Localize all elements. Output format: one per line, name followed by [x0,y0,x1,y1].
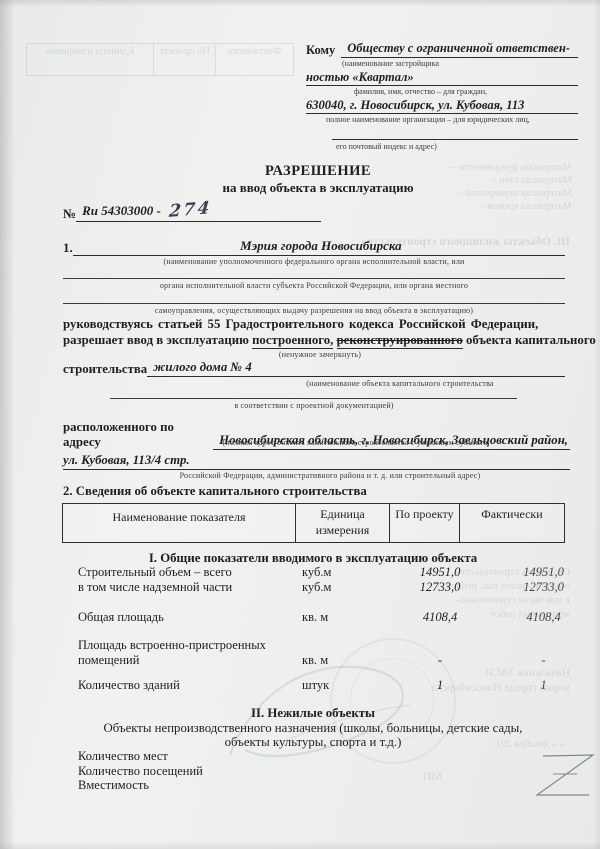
addressee-block: Кому Обществу с ограниченной ответствен-… [306,41,578,151]
row-project-value: - [388,653,492,668]
table-row: Общая площадь кв. м 4108,4 4108,4 [62,610,595,625]
scan-bottom-shadow [0,841,600,849]
row-label: Площадь встроенно-пристроенных помещений [62,638,302,668]
blank-rule-2 [63,303,565,304]
row-unit: кв. м [302,610,388,625]
table-row: Площадь встроенно-пристроенных помещений… [62,638,595,668]
z-crossout-mark [530,748,598,803]
row-unit: куб.м [302,580,388,595]
authority-line: 1. Мэрия города Новосибирска [63,238,565,256]
scan-top-shadow [0,0,600,7]
developer-name-line1: Обществу с ограниченной ответствен- [341,41,578,58]
clause-built: построенного, [252,333,333,349]
blank-rule-3 [110,398,517,399]
caption-authority-2: органа исполнительной власти субъекта Ро… [63,281,565,290]
part-1-heading: I. Общие показатели вводимого в эксплуат… [30,551,596,566]
caption-org: полное наименование организации – для юр… [326,115,578,124]
caption-address-1: (полный адрес объекта капитального строи… [185,438,525,447]
caption-developer: (наименование застройщика [342,59,578,68]
indicators-table-header: Наименование показателя Единица измерени… [62,503,565,543]
part2-item: Количество посещений [78,764,203,779]
caption-project-docs: в соответствии с проектной документацией… [63,401,565,410]
row-label: в том числе надземной части [62,580,302,595]
caption-object-name: (наименование объекта капитального строи… [250,379,550,388]
table-row: Строительный объем – всего куб.м 14951,0… [62,565,595,580]
caption-authority-3: самоуправления, осуществляющих выдачу ра… [63,306,565,315]
bleedthrough-line: Материалы кровли – [330,200,572,213]
number-sign: № [63,206,76,222]
row-project-value: 1 [388,678,492,693]
col-by-project: По проекту [390,504,460,542]
developer-name-line2: ностью «Квартал» [306,70,414,85]
row-actual-value: - [492,653,595,668]
part2-item: Количество мест [78,749,203,764]
permit-number-line: № Ru 54303000 -274 [63,200,321,222]
clause-end: объекта капитального [466,333,596,347]
clause-reconstructed-struck: реконструированного [337,333,463,349]
caption-address-2: Российской Федерации, административного … [120,471,540,480]
permit-clause-line2: разрешает ввод в эксплуатацию построенно… [63,333,567,348]
bleedthrough-line: в том числе строительно- [305,594,570,608]
blank-rule-1 [63,278,565,279]
addressee-line-3: 630040, г. Новосибирск, ул. Кубовая, 113 [306,98,578,114]
bleedthrough-cell: Фактически [215,44,293,75]
caption-authority-1: (наименование уполномоченного федерально… [63,257,565,266]
clause-start: разрешает ввод в эксплуатацию [63,333,249,347]
object-name: жилого дома № 4 [147,360,565,377]
row-label: Строительный объем – всего [62,565,302,580]
bleedthrough-cell: По проекту [153,44,215,75]
row-project-value: 14951,0 [388,565,492,580]
permit-number-printed: Ru 54303000 - [82,203,161,218]
row-unit: куб.м [302,565,388,580]
col-unit: Единица измерения [296,504,390,542]
table-row: Количество зданий штук 1 1 [62,678,595,693]
col-indicator-name: Наименование показателя [63,504,296,542]
part-2-items: Количество мест Количество посещений Вме… [78,749,203,793]
document-subtitle: на ввод объекта в эксплуатацию [80,180,556,196]
addressee-line-1: Кому Обществу с ограниченной ответствен- [306,41,578,58]
developer-address: 630040, г. Новосибирск, ул. Кубовая, 113 [306,98,524,113]
scanned-permit-document: Фактически По проекту Единица измерения … [0,0,600,849]
permit-number-handwritten: 274 [168,198,213,222]
row-actual-value: 14951,0 [492,565,595,580]
row-unit: штук [302,678,388,693]
row-label: Общая площадь [62,610,302,625]
item-1-index: 1. [63,240,73,256]
row-project-value: 4108,4 [388,610,492,625]
row-actual-value: 1 [492,678,595,693]
bleedthrough-cell: Единица измерения [27,44,153,75]
object-label: строительства [63,362,147,377]
permit-clause-line1: руководствуясь статьей 55 Градостроитель… [63,317,567,332]
table-row: в том числе надземной части куб.м 12733,… [62,580,595,595]
authority-name: Мэрия города Новосибирска [73,238,565,256]
caption-strike-unneeded: (ненужное зачеркнуть) [180,350,460,359]
row-project-value: 12733,0 [388,580,492,595]
addressee-line-2: ностью «Квартал» [306,70,578,86]
permit-number: Ru 54303000 -274 [76,200,321,222]
row-actual-value: 4108,4 [492,610,595,625]
col-actual: Фактически [460,504,564,542]
row-actual-value: 12733,0 [492,580,595,595]
caption-postal: его почтовый индекс и адрес) [336,142,578,151]
row-label: Количество зданий [62,678,302,693]
blank-address-line [332,126,578,140]
part-2-heading: II. Нежилые объекты [30,706,596,721]
to-label: Кому [306,43,335,58]
caption-person: фамилия, имя, отчество – для граждан, [354,87,578,96]
row-unit: кв. м [302,653,388,668]
part-2-subline-2: объекты культуры, спорта и т.д.) [30,735,596,750]
document-title: РАЗРЕШЕНИЕ [80,163,556,180]
bleedthrough-table-header: Фактически По проекту Единица измерения [26,43,294,76]
object-line: строительства жилого дома № 4 [63,360,565,377]
part-2-subline-1: Объекты непроизводственного назначения (… [30,721,596,736]
scan-left-shadow [0,0,15,849]
part2-item: Вместимость [78,778,203,793]
address-value-2: ул. Кубовая, 113/4 стр. [63,453,570,470]
address-line-2: ул. Кубовая, 113/4 стр. [63,453,570,470]
section-2-heading: 2. Сведения об объекте капитального стро… [63,484,567,499]
